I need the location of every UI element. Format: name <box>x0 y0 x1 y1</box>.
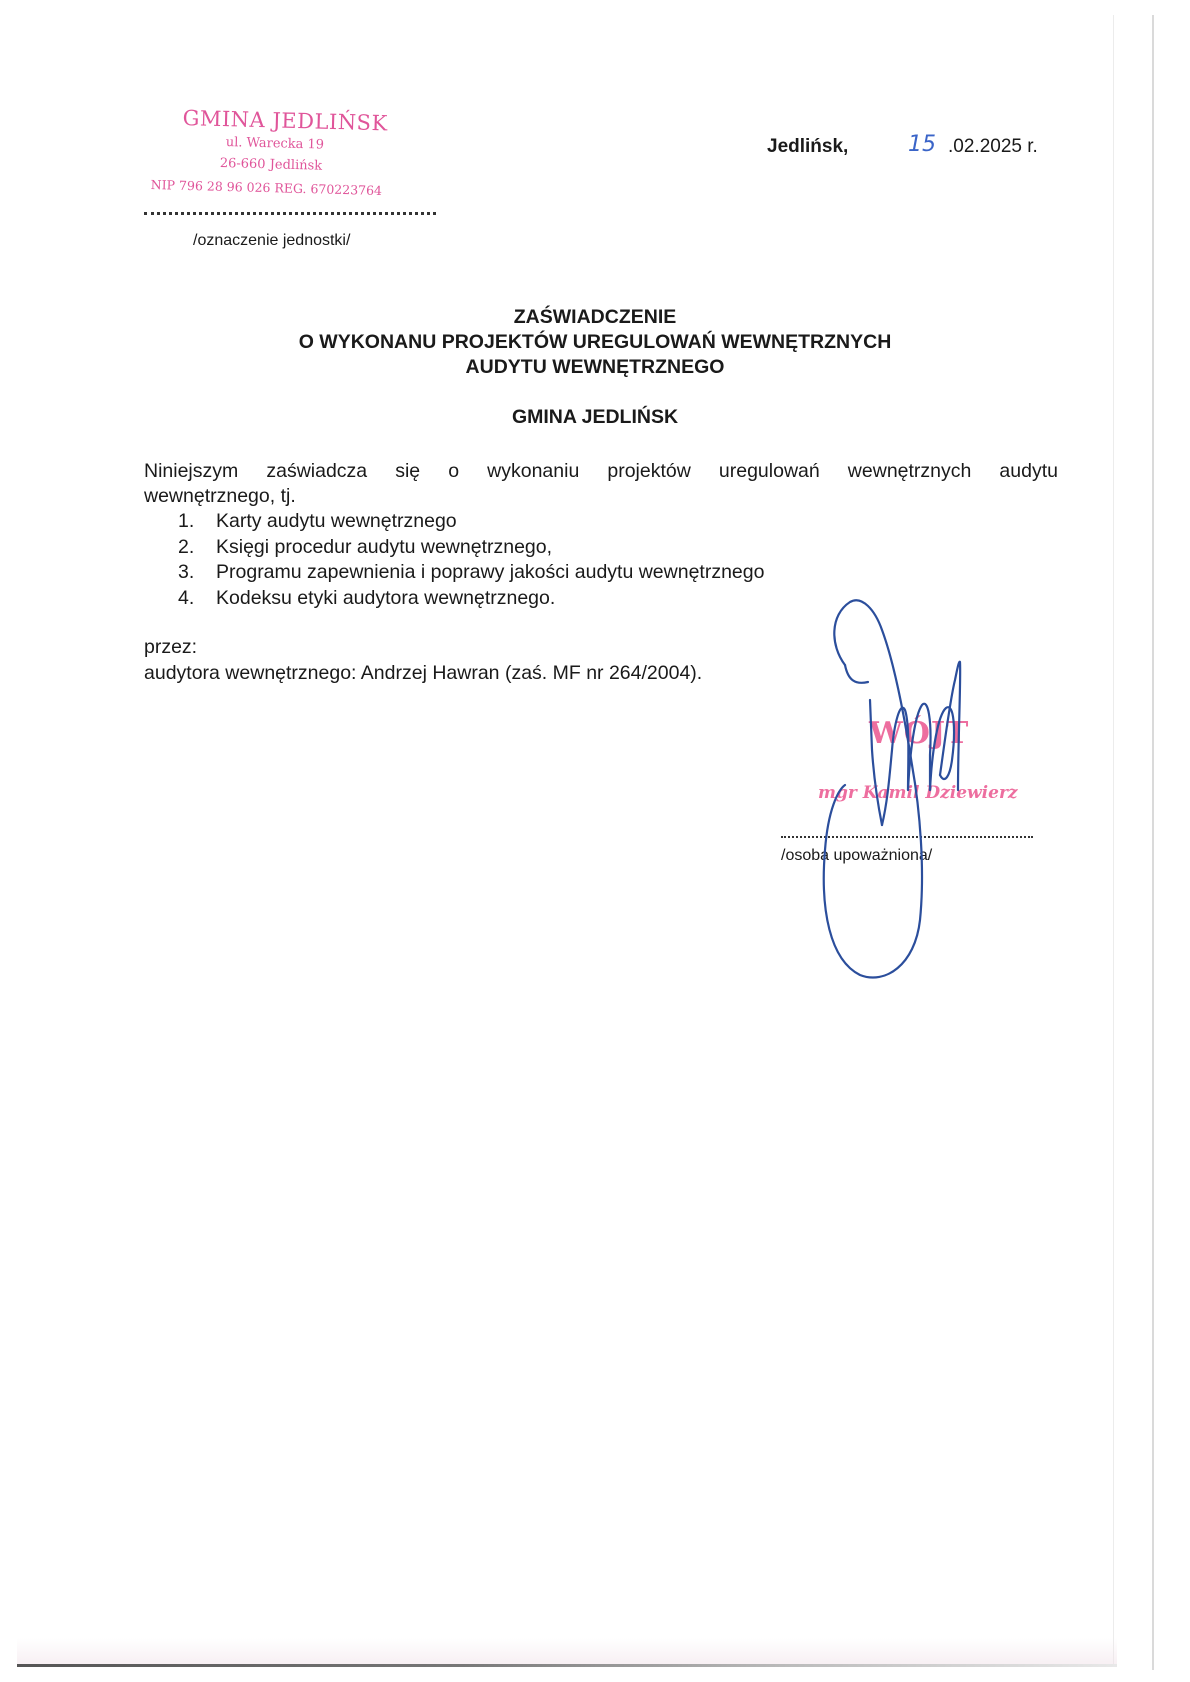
list-item-number: 3. <box>178 560 216 586</box>
scan-edge-line <box>1152 15 1154 1670</box>
signature-stamp-name: mgr Kamil Dziewierz <box>818 783 1018 803</box>
intro-line-1: Niniejszym zaświadcza się o wykonaniu pr… <box>144 459 1058 484</box>
list-item: 3.Programu zapewnienia i poprawy jakości… <box>178 560 764 586</box>
list-item-text: Karty audytu wewnętrznego <box>216 510 457 532</box>
document-subject: GMINA JEDLIŃSK <box>0 406 1190 429</box>
document-title: ZAŚWIADCZENIE <box>0 306 1190 329</box>
list-item: 2.Księgi procedur audytu wewnętrznego, <box>178 535 764 561</box>
stamp-street: ul. Warecka 19 <box>226 135 325 153</box>
list-item: 4.Kodeksu etyki audytora wewnętrznego. <box>178 586 764 612</box>
list-item-number: 4. <box>178 586 216 612</box>
list-item-text: Programu zapewnienia i poprawy jakości a… <box>216 561 764 583</box>
document-subtitle-line2: AUDYTU WEWNĘTRZNEGO <box>0 356 1190 379</box>
unit-label: /oznaczenie jednostki/ <box>193 232 350 250</box>
regulations-list: 1.Karty audytu wewnętrznego 2.Księgi pro… <box>178 509 764 611</box>
document-subtitle-line1: O WYKONANU PROJEKTÓW UREGULOWAŃ WEWNĘTRZ… <box>0 331 1190 354</box>
list-item-text: Księgi procedur audytu wewnętrznego, <box>216 536 552 558</box>
signature-dotted-line <box>781 836 1033 838</box>
list-item-number: 2. <box>178 535 216 561</box>
auditor-line: audytora wewnętrznego: Andrzej Hawran (z… <box>144 662 702 685</box>
date-day-handwritten: 15 <box>908 132 936 157</box>
unit-dotted-line <box>144 212 436 215</box>
date-month-year: .02.2025 r. <box>948 136 1038 158</box>
scan-bottom-edge <box>17 1664 1117 1667</box>
scan-edge-line <box>1113 15 1114 1665</box>
authorized-person-label: /osoba upoważniona/ <box>781 847 932 865</box>
list-item-number: 1. <box>178 509 216 535</box>
signature-stamp-role: WÓJT <box>869 716 969 751</box>
scan-bottom-smudge <box>17 1638 1117 1664</box>
stamp-city: 26-660 Jedlińsk <box>220 156 323 174</box>
by-label: przez: <box>144 636 197 659</box>
list-item-text: Kodeksu etyki audytora wewnętrznego. <box>216 587 555 609</box>
intro-line-2: wewnętrznego, tj. <box>144 484 1058 509</box>
list-item: 1.Karty audytu wewnętrznego <box>178 509 764 535</box>
stamp-ids: NIP 796 28 96 026 REG. 670223764 <box>151 177 383 198</box>
date-place: Jedlińsk, <box>767 136 848 158</box>
stamp-title: GMINA JEDLIŃSK <box>182 106 388 135</box>
